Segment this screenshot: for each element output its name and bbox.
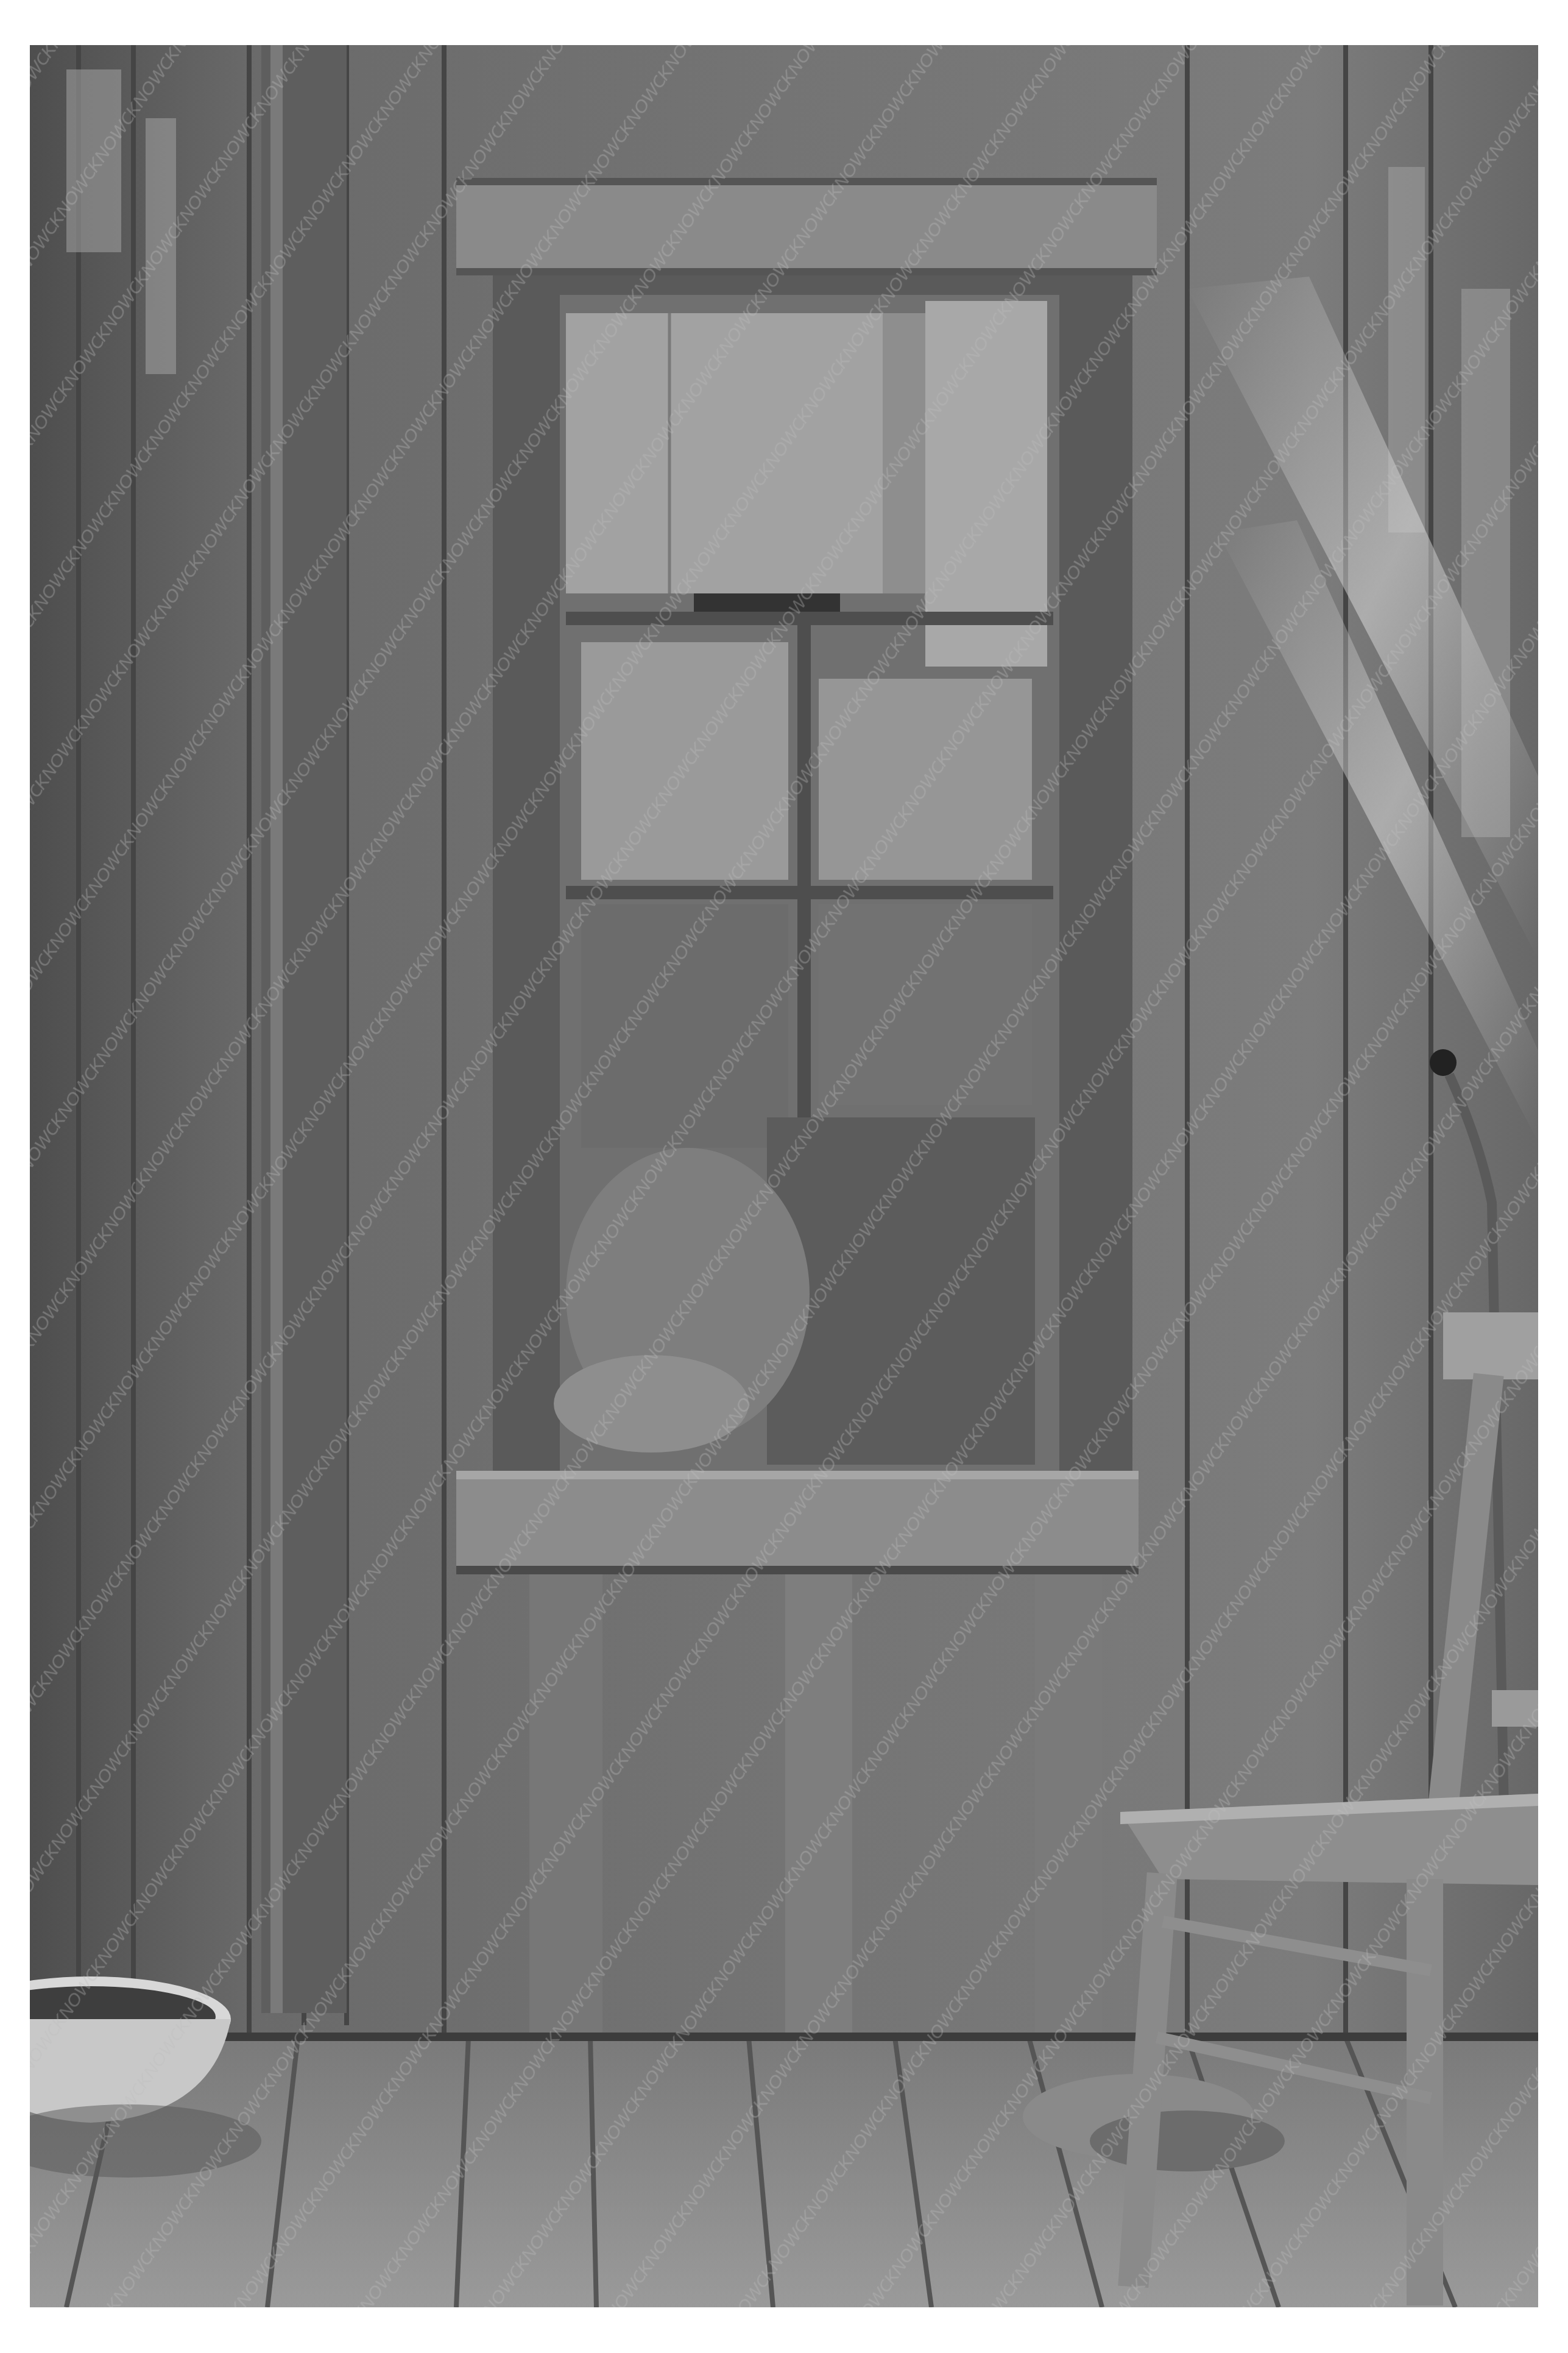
batten bbox=[1035, 1574, 1102, 2037]
batten bbox=[529, 1574, 602, 2037]
batten bbox=[785, 1574, 852, 2037]
pane bbox=[581, 904, 788, 1148]
photograph: KNOWOL bbox=[30, 45, 1538, 2307]
pane bbox=[819, 904, 1032, 1105]
window-header bbox=[456, 178, 1157, 275]
wall-hole bbox=[1430, 1049, 1457, 1076]
scene bbox=[30, 45, 1538, 2307]
pane bbox=[819, 679, 1032, 880]
pane bbox=[581, 642, 788, 880]
board-panel-top-left bbox=[566, 313, 883, 593]
window-sill bbox=[456, 1471, 1139, 1574]
